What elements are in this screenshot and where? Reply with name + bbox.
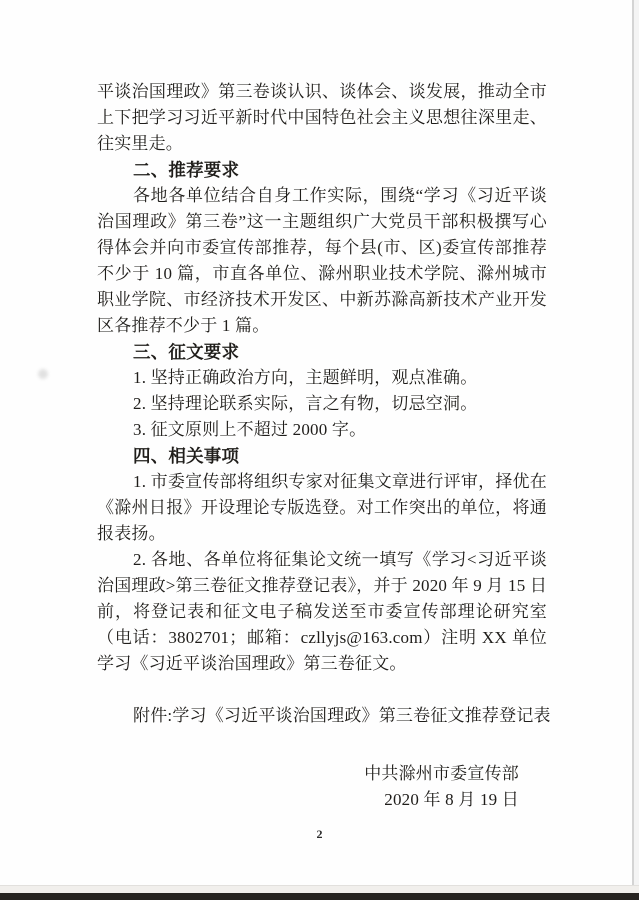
document-body: 平谈治国理政》第三卷谈认识、谈体会、谈发展，推动全市 上下把学习习近平新时代中国…: [97, 79, 547, 813]
body-line: 治国理政》第三卷”这一主题组织广大党员干部积极撰写心: [97, 209, 547, 235]
scanned-document-page: 平谈治国理政》第三卷谈认识、谈体会、谈发展，推动全市 上下把学习习近平新时代中国…: [0, 0, 639, 900]
list-item: 2. 坚持理论联系实际，言之有物，切忌空洞。: [97, 391, 547, 417]
scan-right-margin: [634, 0, 639, 893]
scan-bottom-dark-bar: [0, 893, 639, 900]
body-line: 得体会并向市委宣传部推荐，每个县(市、区)委宣传部推荐: [97, 235, 547, 261]
attachment-note: 附件:学习《习近平谈治国理政》第三卷征文推荐登记表: [97, 703, 547, 729]
blank-line: [97, 729, 547, 755]
body-line: 区各推荐不少于 1 篇。: [97, 313, 547, 339]
body-line: 各地各单位结合自身工作实际，围绕“学习《习近平谈: [97, 183, 547, 209]
list-item: 1. 坚持正确政治方向，主题鲜明，观点准确。: [97, 365, 547, 391]
body-line: 职业学院、市经济技术开发区、中新苏滁高新技术产业开发: [97, 287, 547, 313]
body-line: 2. 各地、各单位将征集论文统一填写《学习<习近平谈: [97, 547, 547, 573]
body-line: 治国理政>第三卷征文推荐登记表》，并于 2020 年 9 月 15 日: [97, 573, 547, 599]
body-line: （电话：3802701；邮箱：czllyjs@163.com）注明 XX 单位: [97, 625, 547, 651]
section-heading-related-matters: 四、相关事项: [97, 443, 547, 469]
body-line: 前，将登记表和征文电子稿发送至市委宣传部理论研究室: [97, 599, 547, 625]
signature-block: 中共滁州市委宣传部 2020 年 8 月 19 日: [97, 761, 547, 813]
scan-bottom-light-strip: [0, 885, 639, 893]
body-line: 上下把学习习近平新时代中国特色社会主义思想往深里走、: [97, 105, 547, 131]
signature-organization: 中共滁州市委宣传部: [97, 761, 519, 787]
scan-right-edge-line: [632, 0, 634, 893]
body-line: 《滁州日报》开设理论专版选登。对工作突出的单位，将通: [97, 495, 547, 521]
body-line: 1. 市委宣传部将组织专家对征集文章进行评审，择优在: [97, 469, 547, 495]
blank-line: [97, 677, 547, 703]
page-number: 2: [0, 827, 639, 842]
signature-date: 2020 年 8 月 19 日: [97, 787, 519, 813]
body-line: 平谈治国理政》第三卷谈认识、谈体会、谈发展，推动全市: [97, 79, 547, 105]
list-item: 3. 征文原则上不超过 2000 字。: [97, 417, 547, 443]
body-line: 不少于 10 篇，市直各单位、滁州职业技术学院、滁州城市: [97, 261, 547, 287]
section-heading-recommendation-requirements: 二、推荐要求: [97, 157, 547, 183]
body-line: 往实里走。: [97, 131, 547, 157]
body-line: 学习《习近平谈治国理政》第三卷征文。: [97, 651, 547, 677]
scan-smudge-artifact: [38, 369, 48, 379]
body-line: 报表扬。: [97, 521, 547, 547]
section-heading-essay-requirements: 三、征文要求: [97, 339, 547, 365]
